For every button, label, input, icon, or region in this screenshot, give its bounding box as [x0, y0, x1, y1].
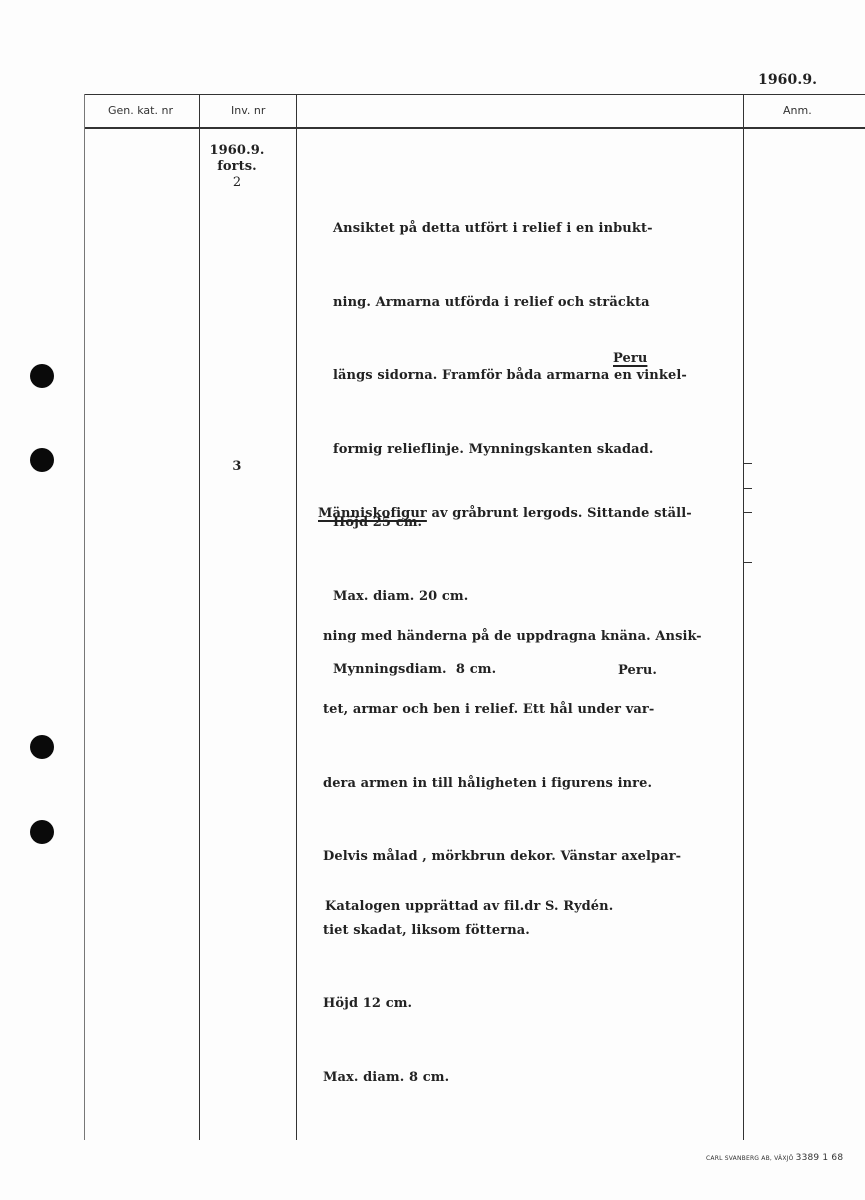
inv-number: 1960.9. forts. 2: [206, 143, 268, 191]
entry-title-word: Människofigur: [318, 506, 427, 521]
inv-number: 3: [226, 459, 248, 475]
header-inv-nr: Inv. nr: [231, 104, 265, 117]
closing-note: Katalogen upprättad av fil.dr S. Rydén.: [325, 899, 613, 914]
hyphen-mark: [744, 488, 752, 489]
punch-hole-icon: [30, 448, 54, 472]
catalog-page: 1960.9. Gen. kat. nr Inv. nr Anm. 1960.9…: [0, 0, 865, 1200]
punch-hole-icon: [30, 735, 54, 759]
column-divider: [84, 94, 85, 1140]
hyphen-mark: [744, 562, 752, 563]
column-divider: [296, 94, 297, 1140]
printer-footer: CARL SVANBERG AB, VÄXJÖ 3389 1 68: [706, 1153, 843, 1163]
page-id: 1960.9.: [758, 72, 817, 88]
hyphen-mark: [744, 463, 752, 464]
header-anm: Anm.: [783, 104, 812, 117]
hyphen-mark: [744, 512, 752, 513]
entry-origin: Peru: [613, 351, 647, 366]
entry-description: Människofigur av gråbrunt lergods. Sitta…: [318, 453, 748, 1188]
punch-hole-icon: [30, 364, 54, 388]
table-top-rule: [84, 94, 865, 95]
column-divider: [199, 94, 200, 1140]
entry-origin: Peru.: [618, 663, 657, 678]
punch-hole-icon: [30, 820, 54, 844]
header-bottom-rule: [84, 127, 865, 129]
header-gen-kat-nr: Gen. kat. nr: [108, 104, 173, 117]
